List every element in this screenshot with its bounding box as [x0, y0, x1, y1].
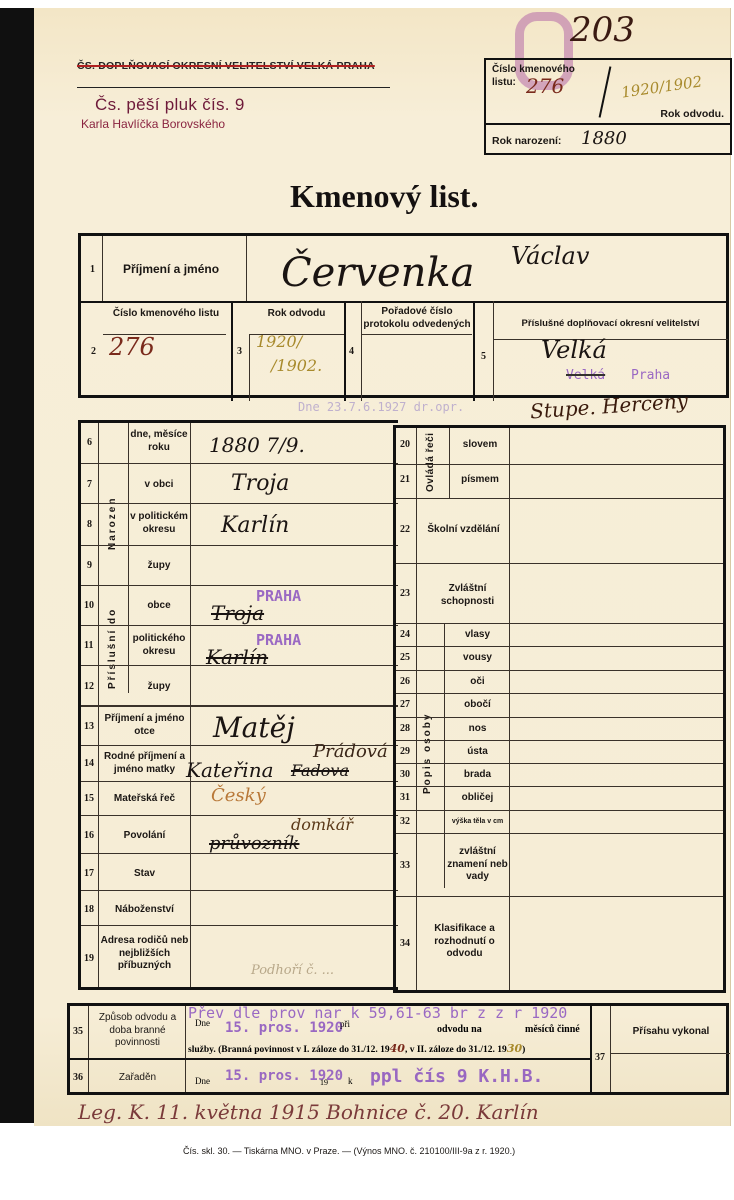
bt-37-inner: [610, 1006, 611, 1092]
col2-vline: [231, 301, 233, 401]
rl-6: [81, 463, 398, 464]
group-prislusi: Příslušní do: [107, 603, 118, 693]
row1-vline: [102, 236, 103, 301]
row-36-k: k: [348, 1076, 353, 1086]
row-30-number: 30: [400, 769, 410, 780]
header-underline: [77, 87, 390, 88]
row-35-label: Způsob odvodu a doba branné povinnosti: [90, 1012, 185, 1050]
row-19-value: Podhoří č. ...: [251, 963, 334, 978]
row-35-line2-b: , v II. záloze do 31./12. 19: [405, 1045, 507, 1055]
col3-vline: [344, 301, 346, 401]
col4-vline: [473, 301, 475, 401]
col-3-label: Rok odvodu: [249, 308, 344, 321]
row-13-label: Příjmení a jméno otce: [99, 713, 190, 738]
row-6-label: dne, měsíce roku: [129, 429, 189, 454]
row-35-number: 35: [73, 1026, 83, 1037]
row-12-number: 12: [84, 681, 94, 692]
row-22-number: 22: [400, 524, 410, 535]
row-35-year1: 40: [390, 1042, 405, 1055]
col5-underline: [493, 339, 728, 340]
row-35-odvodu: odvodu na: [437, 1024, 482, 1035]
row-22-label: Školní vzdělání: [418, 524, 509, 537]
rr-33: [396, 833, 723, 834]
col3-vline-a: [249, 334, 250, 401]
col-2-number: 2: [91, 346, 96, 357]
group-narozen: Narozen: [107, 473, 118, 573]
rl-17: [81, 890, 398, 891]
row-10-label: obce: [129, 600, 189, 613]
row-27-label: obočí: [446, 699, 509, 712]
col-2-label: Číslo kmenového listu: [101, 308, 231, 321]
row-16-label: Povolání: [99, 830, 190, 843]
rr-34: [396, 896, 723, 897]
row-15-label: Mateřská řeč: [99, 793, 190, 806]
row-16-correction: domkář: [291, 815, 353, 834]
row-25-number: 25: [400, 652, 410, 663]
right-ovlada-col: [449, 428, 450, 498]
row-30-label: brada: [446, 769, 509, 782]
firstname-value: Václav: [511, 242, 589, 270]
row-20-label: slovem: [451, 439, 509, 452]
row-15-number: 15: [84, 793, 94, 804]
row-15-value: Český: [211, 785, 266, 806]
rl-18: [81, 925, 398, 926]
col-4-number: 4: [349, 346, 354, 357]
rr-31: [396, 786, 723, 787]
rr-29: [396, 740, 723, 741]
rr-21: [396, 464, 723, 465]
row-36-number: 36: [73, 1072, 83, 1083]
row-9-number: 9: [87, 560, 92, 571]
row-8-label: v politickém okresu: [129, 511, 189, 536]
rl-9: [81, 585, 398, 586]
row-14-correction: Prádová: [313, 741, 388, 762]
row-29-number: 29: [400, 746, 410, 757]
row-34-label: Klasifikace a rozhodnutí o odvodu: [420, 923, 509, 961]
col-5-stamp-struck: Velká: [566, 368, 605, 383]
handwritten-number: 203: [570, 10, 635, 50]
surname-value: Červenka: [281, 250, 475, 296]
row-17-label: Stav: [99, 868, 190, 881]
bt-37-col: [590, 1006, 592, 1092]
bt-37-divider: [610, 1053, 730, 1054]
col-3-value-1: 1920/: [256, 332, 302, 351]
row-36-label: Zařaděn: [90, 1072, 185, 1085]
col-4-label: Pořadové číslo protokolu odvedených: [362, 306, 472, 331]
page-title: Kmenový list.: [290, 178, 478, 215]
rr-28: [396, 717, 723, 718]
col5-vline-a: [493, 301, 494, 401]
row-31-number: 31: [400, 792, 410, 803]
row-16-number: 16: [84, 830, 94, 841]
row-16-value-struck: průvozník: [209, 833, 299, 854]
row-33-number: 33: [400, 860, 410, 871]
col-5-stamp: Praha: [631, 368, 670, 383]
row-26-number: 26: [400, 676, 410, 687]
row-10-value-struck: Troja: [211, 601, 264, 625]
col-5-handwritten: Velká: [541, 336, 607, 364]
row-37-number: 37: [595, 1052, 605, 1063]
row-24-label: vlasy: [446, 629, 509, 642]
row-37-label: Přísahu vykonal: [612, 1026, 730, 1039]
row-13-value: Matěj: [213, 711, 295, 744]
row-10-number: 10: [84, 600, 94, 611]
row-19-number: 19: [84, 953, 94, 964]
footer-handwritten-note: Leg. K. 11. května 1915 Bohnice č. 20. K…: [78, 1100, 539, 1124]
correction-stamp: Dne 23.7.6.1927 dr.opr.: [298, 400, 464, 414]
rl-7: [81, 503, 398, 504]
row-36-19: 19: [320, 1078, 328, 1087]
row-12-label: župy: [129, 681, 189, 694]
row-36-dne: Dne: [195, 1076, 210, 1086]
row-19-label: Adresa rodičů neb nejbližších příbuzných: [99, 935, 190, 973]
row-11-number: 11: [84, 640, 93, 651]
row-1-label: Příjmení a jméno: [123, 262, 219, 276]
row-35-date: 15. pros. 1920: [225, 1020, 343, 1036]
identity-section: 1 Příjmení a jméno Červenka Václav Číslo…: [78, 233, 729, 398]
row-36-stamp: ppl čís 9 K.H.B.: [370, 1066, 543, 1087]
rok-narozeni-value: 1880: [581, 128, 627, 149]
row-21-label: písmem: [451, 474, 509, 487]
unit-stamp-name: Karla Havlíčka Borovského: [81, 117, 245, 131]
personal-data-table: Narozen Příslušní do 6 dne, měsíce roku …: [78, 420, 398, 990]
book-binding: [0, 8, 36, 1123]
top-box-divider: [486, 123, 730, 125]
row-9-label: župy: [129, 560, 189, 573]
row-20-number: 20: [400, 439, 410, 450]
row-31-label: obličej: [446, 792, 509, 805]
rr-22: [396, 498, 723, 499]
row-14-label: Rodné příjmení a jméno matky: [99, 751, 190, 776]
row-27-number: 27: [400, 699, 410, 710]
row-32-label: výška těla v cm: [446, 818, 509, 827]
row-32-number: 32: [400, 816, 410, 827]
service-table: 35 Způsob odvodu a doba branné povinnost…: [67, 1003, 729, 1095]
group-popis: Popis osoby: [422, 698, 433, 808]
row1-divider: [81, 301, 726, 303]
right-num-col: [416, 428, 417, 990]
rl-12: [81, 705, 398, 707]
row-13-number: 13: [84, 721, 94, 732]
row-21-number: 21: [400, 474, 410, 485]
row-17-number: 17: [84, 868, 94, 879]
row-14-value: Kateřina: [186, 758, 274, 782]
row-35-year2: 30: [507, 1042, 522, 1055]
row-26-label: oči: [446, 676, 509, 689]
top-right-box: Číslo kmenového listu: 276 1920/1902 Rok…: [484, 58, 732, 155]
row-35-line2: služby. (Branná povinnost v I. záloze do…: [188, 1042, 525, 1055]
row-18-number: 18: [84, 904, 94, 915]
row-35-mesicu: měsíců činné: [525, 1024, 580, 1035]
rok-narozeni-label: Rok narození:: [492, 135, 561, 148]
crossed-office-header: ČS. DOPLŇOVACÍ OKRESNÍ VELITELSTVÍ VELKÁ…: [77, 60, 375, 72]
bt-label-col: [185, 1006, 186, 1092]
right-label-col: [509, 428, 510, 990]
rr-23: [396, 563, 723, 564]
col4-underline: [362, 334, 472, 335]
row-14-value-struck: Fadova: [291, 761, 349, 780]
crossed-office-text: ČS. DOPLŇOVACÍ OKRESNÍ VELITELSTVÍ VELKÁ…: [77, 60, 375, 72]
col-2-value: 276: [109, 333, 155, 361]
row-29-label: ústa: [446, 746, 509, 759]
row-35-pri: při: [340, 1019, 350, 1029]
unit-stamp: Čs. pěší pluk čís. 9 Karla Havlíčka Boro…: [95, 95, 245, 131]
rr-24: [396, 623, 723, 624]
row-14-number: 14: [84, 758, 94, 769]
row-28-number: 28: [400, 723, 410, 734]
rr-26: [396, 670, 723, 671]
row1-vline2: [246, 236, 247, 301]
col-3-number: 3: [237, 346, 242, 357]
bt-num-col: [88, 1006, 89, 1092]
row-7-number: 7: [87, 479, 92, 490]
row-7-label: v obci: [129, 479, 189, 492]
row-8-value: Karlín: [221, 513, 289, 538]
right-popis-col: [444, 623, 445, 888]
row-33-label: zvláštní znamení neb vady: [446, 846, 509, 884]
group-ovlada: Ovládá řeči: [425, 431, 436, 493]
rl-10: [81, 625, 398, 626]
row-7-value: Troja: [231, 471, 289, 496]
row-11-value-struck: Karlín: [206, 645, 268, 669]
row-11-label: politického okresu: [129, 633, 189, 658]
rr-32: [396, 810, 723, 811]
rr-25: [396, 646, 723, 647]
rr-27: [396, 693, 723, 694]
description-table: Ovládá řeči Popis osoby 20 slovem 21 pís…: [393, 425, 726, 993]
row-8-number: 8: [87, 519, 92, 530]
bt-row-divider: [70, 1058, 590, 1060]
row-1-number: 1: [90, 264, 95, 275]
row-35-line2-a: služby. (Branná povinnost v I. záloze do…: [188, 1045, 390, 1055]
row-6-value: 1880 7/9.: [209, 433, 305, 457]
unit-stamp-title: Čs. pěší pluk čís. 9: [95, 95, 245, 115]
row-35-close: ): [522, 1045, 525, 1055]
rl-8: [81, 545, 398, 546]
row-6-number: 6: [87, 437, 92, 448]
col-3-value-2: /1902.: [271, 356, 322, 375]
row-35-dne: Dne: [195, 1018, 210, 1028]
rr-30: [396, 763, 723, 764]
row-25-label: vousy: [446, 652, 509, 665]
row-24-number: 24: [400, 629, 410, 640]
cislo-value: 276: [526, 74, 564, 98]
row-34-number: 34: [400, 938, 410, 949]
row-23-number: 23: [400, 588, 410, 599]
col-5-number: 5: [481, 351, 486, 362]
footer-imprint: Čís. skl. 30. — Tiskárna MNO. v Praze. —…: [183, 1146, 515, 1156]
rok-odvodu-value: 1920/1902: [620, 72, 703, 101]
col-5-label: Příslušné doplňovací okresní velitelství: [493, 318, 728, 330]
row-18-label: Náboženství: [99, 904, 190, 917]
slash-mark: [599, 66, 612, 117]
row-28-label: nos: [446, 723, 509, 736]
rok-odvodu-label: Rok odvodu.: [660, 108, 724, 121]
row-23-label: Zvláštní schopnosti: [426, 583, 509, 608]
